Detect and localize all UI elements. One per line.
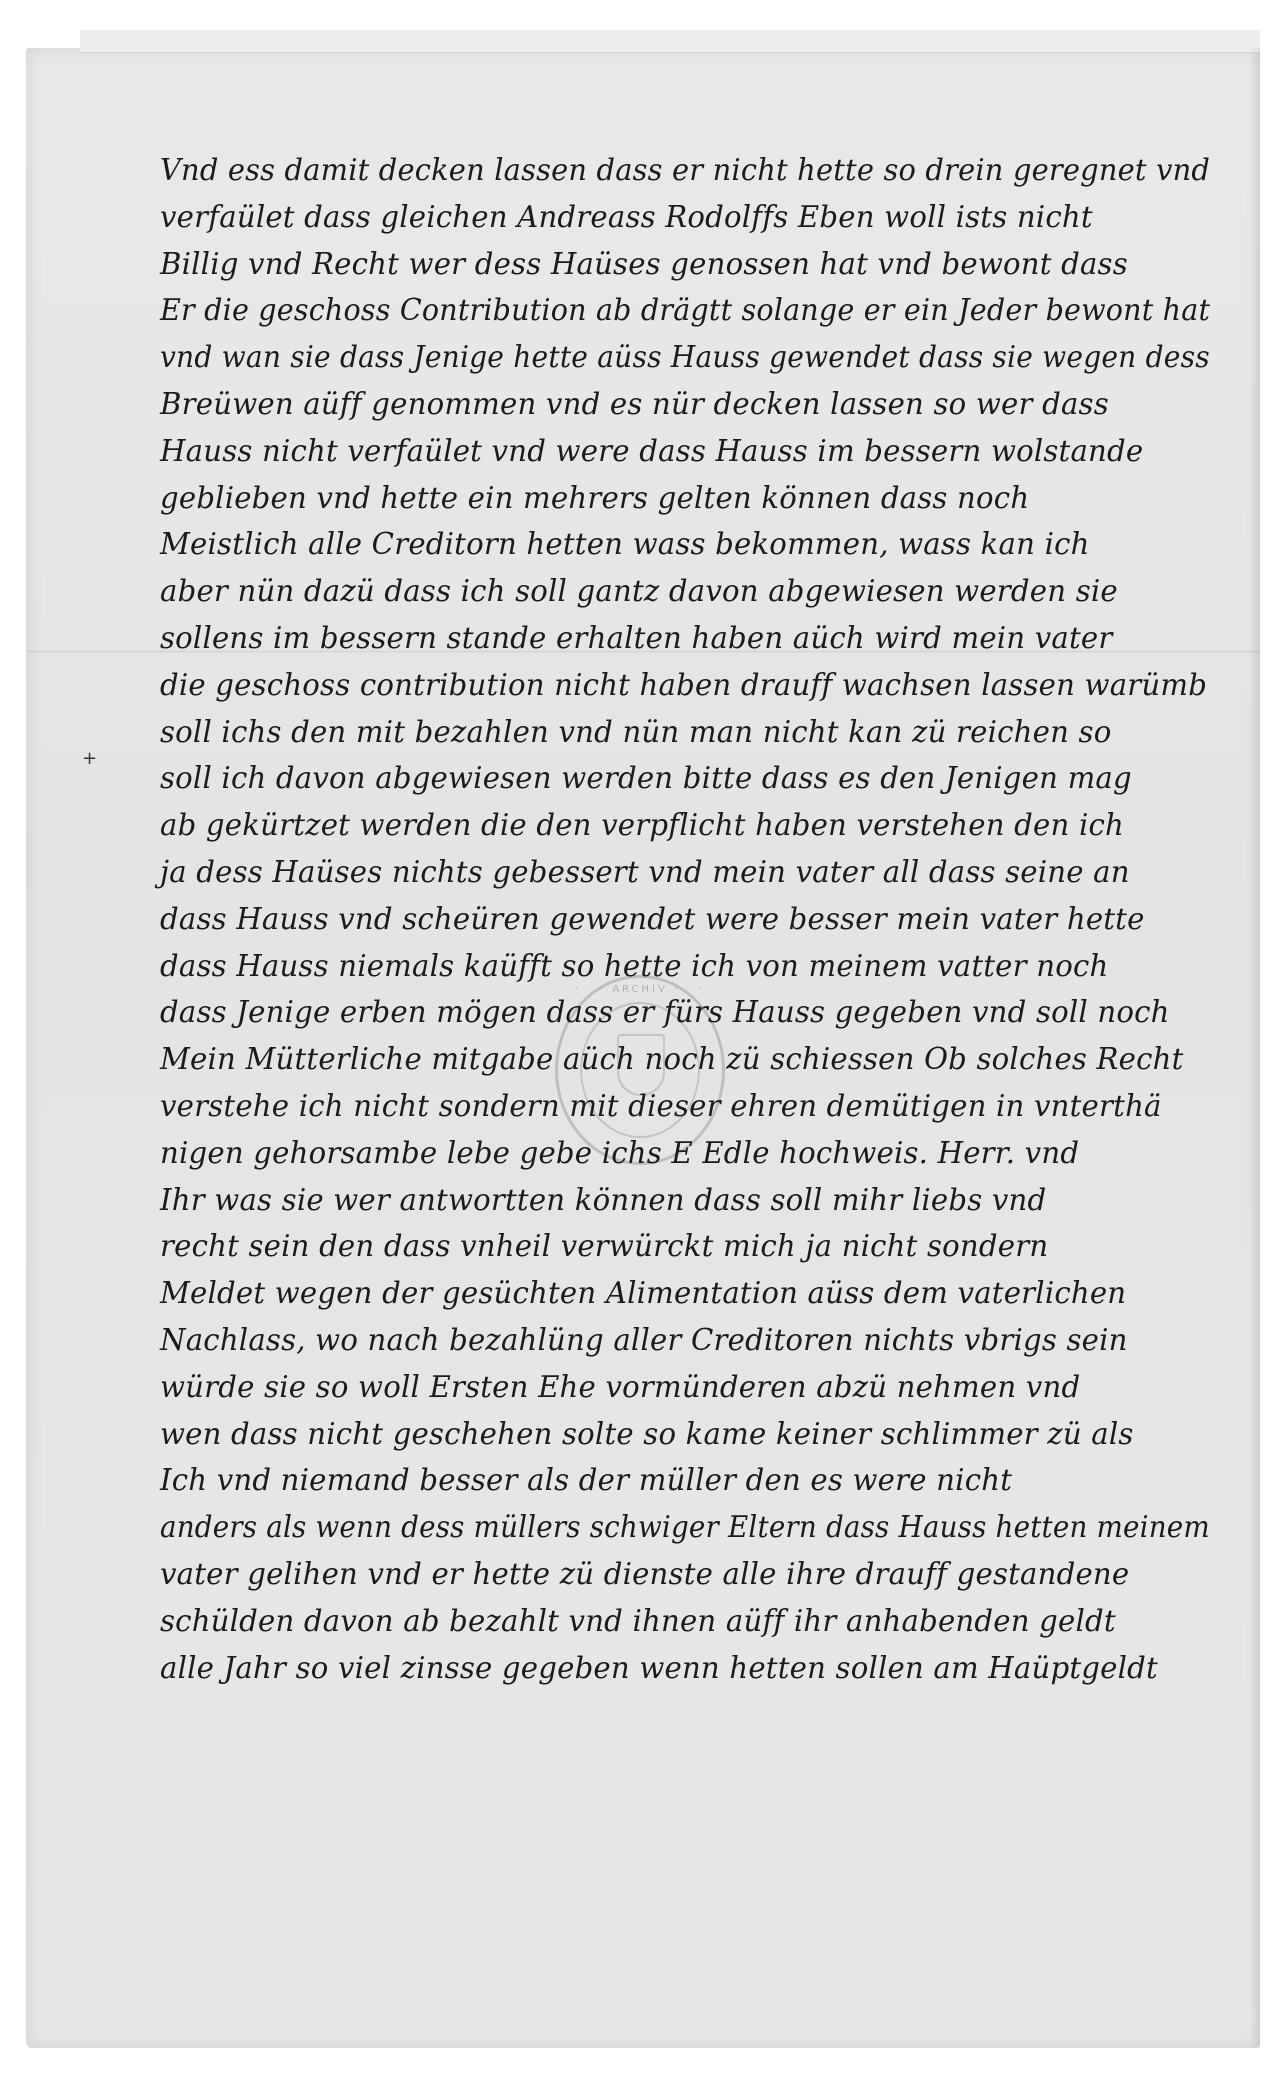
text-line: Meldet wegen der gesüchten Alimentation …: [160, 1271, 1210, 1318]
text-line: Mein Mütterliche mitgabe aüch noch zü sc…: [160, 1037, 1210, 1084]
paper-top-edge: [80, 30, 1260, 53]
text-line: verfaület dass gleichen Andreass Rodolff…: [160, 195, 1210, 242]
text-line: dass Hauss niemals kaüfft so hette ich v…: [160, 944, 1210, 991]
text-line: Billig vnd Recht wer dess Haüses genosse…: [160, 242, 1210, 289]
text-line: Er die geschoss Contribution ab drägtt s…: [160, 288, 1188, 335]
text-line: schülden davon ab bezahlt vnd ihnen aüff…: [160, 1599, 1210, 1646]
paper-right-edge: [1250, 48, 1260, 2048]
text-line: ja dess Haüses nichts gebessert vnd mein…: [160, 850, 1210, 897]
text-line: Vnd ess damit decken lassen dass er nich…: [160, 148, 1199, 195]
text-line: würde sie so woll Ersten Ehe vormünderen…: [160, 1365, 1210, 1412]
text-line: geblieben vnd hette ein mehrers gelten k…: [160, 476, 1210, 523]
text-line: ab gekürtzet werden die den verpflicht h…: [160, 803, 1210, 850]
text-line: aber nün dazü dass ich soll gantz davon …: [160, 569, 1210, 616]
text-line: alle Jahr so viel zinsse gegeben wenn he…: [160, 1646, 1210, 1693]
text-line: Hauss nicht verfaület vnd were dass Haus…: [160, 429, 1210, 476]
text-line: Ich vnd niemand besser als der müller de…: [160, 1458, 1210, 1505]
text-line: nigen gehorsambe lebe gebe ichs E Edle h…: [160, 1131, 1210, 1178]
text-line: Ihr was sie wer antwortten können dass s…: [160, 1178, 1210, 1225]
text-line: soll ichs den mit bezahlen vnd nün man n…: [160, 710, 1210, 757]
text-line: vnd wan sie dass Jenige hette aüss Hauss…: [160, 335, 1172, 382]
text-line: dass Hauss vnd scheüren gewendet were be…: [160, 897, 1210, 944]
text-line: Breüwen aüff genommen vnd es nür decken …: [160, 382, 1210, 429]
text-line: anders als wenn dess müllers schwiger El…: [160, 1505, 1159, 1552]
text-line: vater gelihen vnd er hette zü dienste al…: [160, 1552, 1210, 1599]
manuscript-text: Vnd ess damit decken lassen dass er nich…: [160, 148, 1240, 1692]
text-line: wen dass nicht geschehen solte so kame k…: [160, 1412, 1210, 1459]
margin-cross-mark: +: [82, 748, 97, 769]
text-line: recht sein den dass vnheil verwürckt mic…: [160, 1224, 1210, 1271]
text-line: sollens im bessern stande erhalten haben…: [160, 616, 1210, 663]
text-line: die geschoss contribution nicht haben dr…: [160, 663, 1210, 710]
text-line: verstehe ich nicht sondern mit dieser eh…: [160, 1084, 1210, 1131]
text-line: Nachlass, wo nach bezahlüng aller Credit…: [160, 1318, 1210, 1365]
text-line: soll ich davon abgewiesen werden bitte d…: [160, 756, 1210, 803]
text-line: Meistlich alle Creditorn hetten wass bek…: [160, 522, 1210, 569]
text-line: dass Jenige erben mögen dass er fürs Hau…: [160, 990, 1210, 1037]
